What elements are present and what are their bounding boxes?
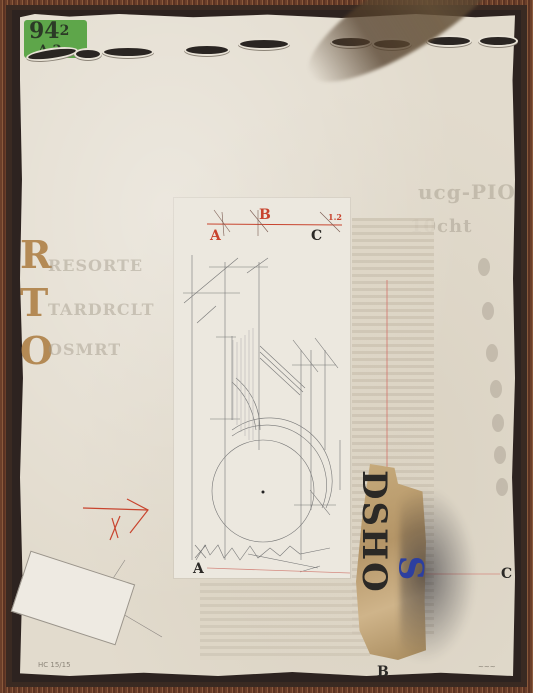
- label-b-bottom: B: [377, 664, 389, 680]
- artist-signature: ~~~: [478, 663, 496, 671]
- label-a-bottom: A: [193, 561, 204, 577]
- vertical-stencil-text: DSHO: [354, 470, 394, 594]
- margin-mark: 1.2: [328, 212, 342, 222]
- label-b-top: B: [259, 207, 271, 223]
- label-c-right: C: [501, 566, 512, 582]
- edition-number: HC 15/15: [38, 661, 71, 669]
- label-c-top: C: [311, 228, 322, 244]
- label-a-top: A: [210, 228, 221, 244]
- blue-stencil-letter: S: [390, 556, 430, 581]
